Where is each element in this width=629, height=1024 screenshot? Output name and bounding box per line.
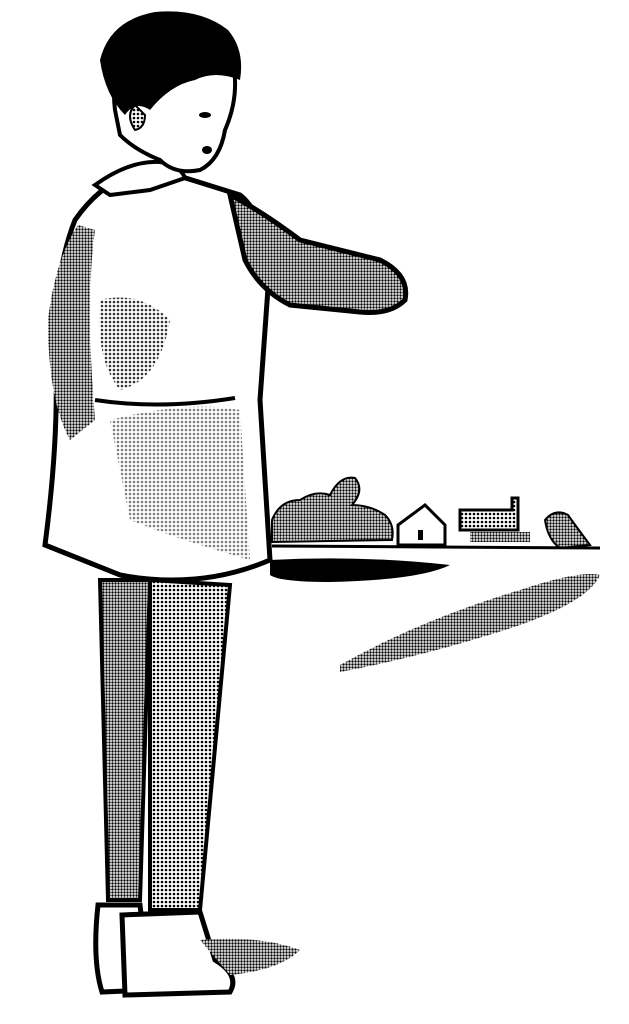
- eye: [199, 112, 211, 118]
- ground-shadow-near: [270, 558, 450, 582]
- illustration-canvas: Black-and-white halftone illustration of…: [0, 0, 629, 1024]
- bush: [545, 512, 590, 548]
- village: [272, 478, 600, 548]
- mouth: [202, 146, 212, 154]
- right-leg: [150, 580, 230, 910]
- illustration: [0, 0, 629, 1024]
- ground-shadow-far: [340, 574, 600, 672]
- left-leg: [100, 580, 150, 900]
- farm-building: [460, 498, 518, 530]
- trees: [272, 478, 393, 542]
